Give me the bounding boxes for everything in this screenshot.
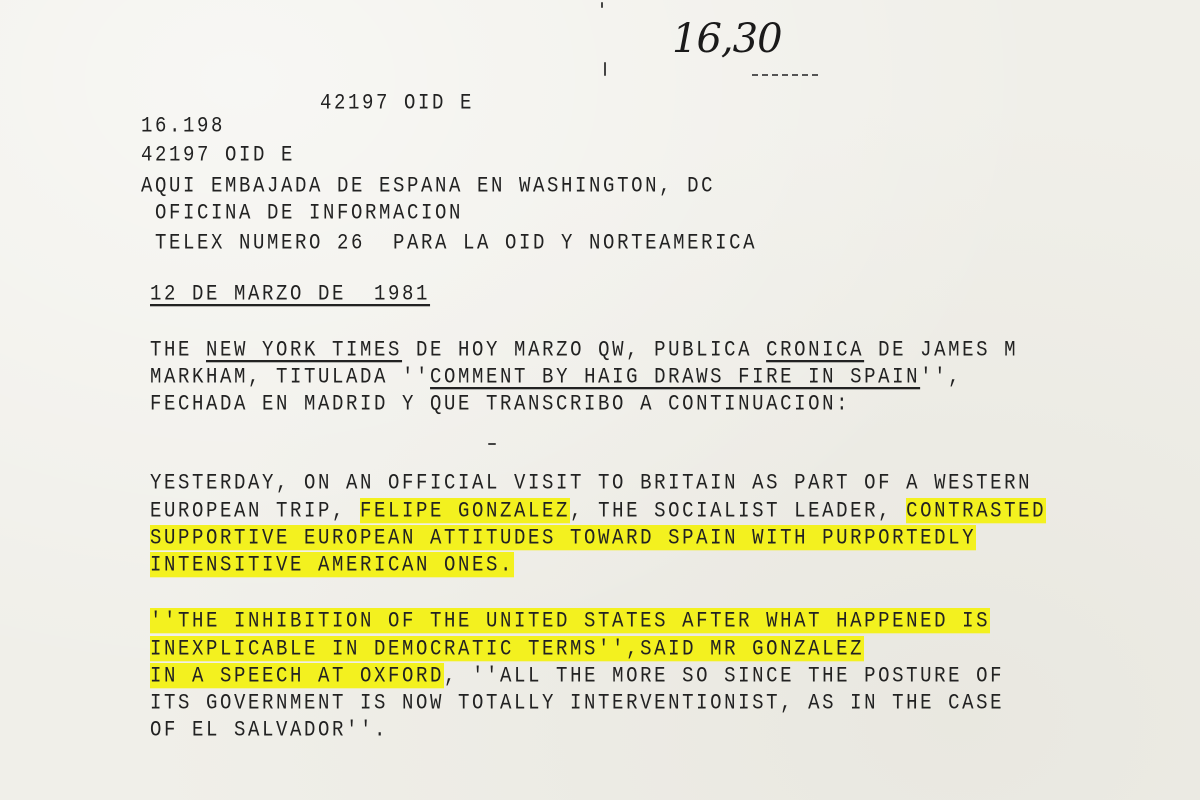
intro-text: '', [920, 364, 962, 389]
intro-line-3: FECHADA EN MADRID Y QUE TRANSCRIBO A CON… [150, 391, 850, 416]
body1-line-3: SUPPORTIVE EUROPEAN ATTITUDES TOWARD SPA… [150, 525, 976, 550]
intro-text: DE HOY MARZO QW, PUBLICA [402, 337, 766, 362]
body-text: EUROPEAN TRIP, [150, 498, 360, 523]
intro-line-1: THE NEW YORK TIMES DE HOY MARZO QW, PUBL… [150, 337, 1018, 362]
highlighted-quote: ''THE INHIBITION OF THE UNITED STATES AF… [150, 608, 990, 633]
intro-line-2: MARKHAM, TITULADA ''COMMENT BY HAIG DRAW… [150, 364, 962, 389]
body1-line-2: EUROPEAN TRIP, FELIPE GONZALEZ, THE SOCI… [150, 498, 1046, 523]
highlighted-quote: IN A SPEECH AT OXFORD [150, 663, 444, 688]
document-date: 12 DE MARZO DE 1981 [150, 281, 430, 306]
article-title: COMMENT BY HAIG DRAWS FIRE IN SPAIN [430, 364, 920, 389]
intro-text: MARKHAM, TITULADA '' [150, 364, 430, 389]
handwritten-note: 16,30 [672, 16, 782, 62]
highlighted-text: INTENSITIVE AMERICAN ONES. [150, 552, 514, 577]
telex-number-line: TELEX NUMERO 26 PARA LA OID Y NORTEAMERI… [141, 230, 757, 255]
body-text: , THE SOCIALIST LEADER, [570, 498, 906, 523]
body1-line-1: YESTERDAY, ON AN OFFICIAL VISIT TO BRITA… [150, 470, 1032, 495]
cronica-word: CRONICA [766, 337, 864, 362]
body1-line-4: INTENSITIVE AMERICAN ONES. [150, 552, 514, 577]
intro-text: THE [150, 337, 206, 362]
body-text: , ''ALL THE MORE SO SINCE THE POSTURE OF [444, 663, 1004, 688]
body2-line-4: ITS GOVERNMENT IS NOW TOTALLY INTERVENTI… [150, 690, 1004, 715]
body2-line-3: IN A SPEECH AT OXFORD, ''ALL THE MORE SO… [150, 663, 1004, 688]
dashed-mark [752, 74, 818, 76]
telex-ref-top: 42197 OID E [320, 90, 474, 115]
body2-line-5: OF EL SALVADOR''. [150, 717, 388, 742]
newspaper-name: NEW YORK TIMES [206, 337, 402, 362]
body2-line-1: ''THE INHIBITION OF THE UNITED STATES AF… [150, 608, 990, 633]
intro-text: DE JAMES M [864, 337, 1018, 362]
ink-speck [604, 62, 606, 76]
highlight-contrasted: CONTRASTED [906, 498, 1046, 523]
highlighted-quote: INEXPLICABLE IN DEMOCRATIC TERMS'',SAID … [150, 636, 864, 661]
telex-ref-second: 42197 OID E [141, 142, 295, 167]
office-line: OFICINA DE INFORMACION [141, 200, 463, 225]
telex-time: 16.198 [141, 113, 225, 138]
ink-speck [488, 443, 496, 445]
highlight-felipe-gonzalez: FELIPE GONZALEZ [360, 498, 570, 523]
highlighted-text: SUPPORTIVE EUROPEAN ATTITUDES TOWARD SPA… [150, 525, 976, 550]
sender-line: AQUI EMBAJADA DE ESPANA EN WASHINGTON, D… [141, 173, 715, 198]
ink-speck [601, 2, 603, 8]
body2-line-2: INEXPLICABLE IN DEMOCRATIC TERMS'',SAID … [150, 636, 864, 661]
